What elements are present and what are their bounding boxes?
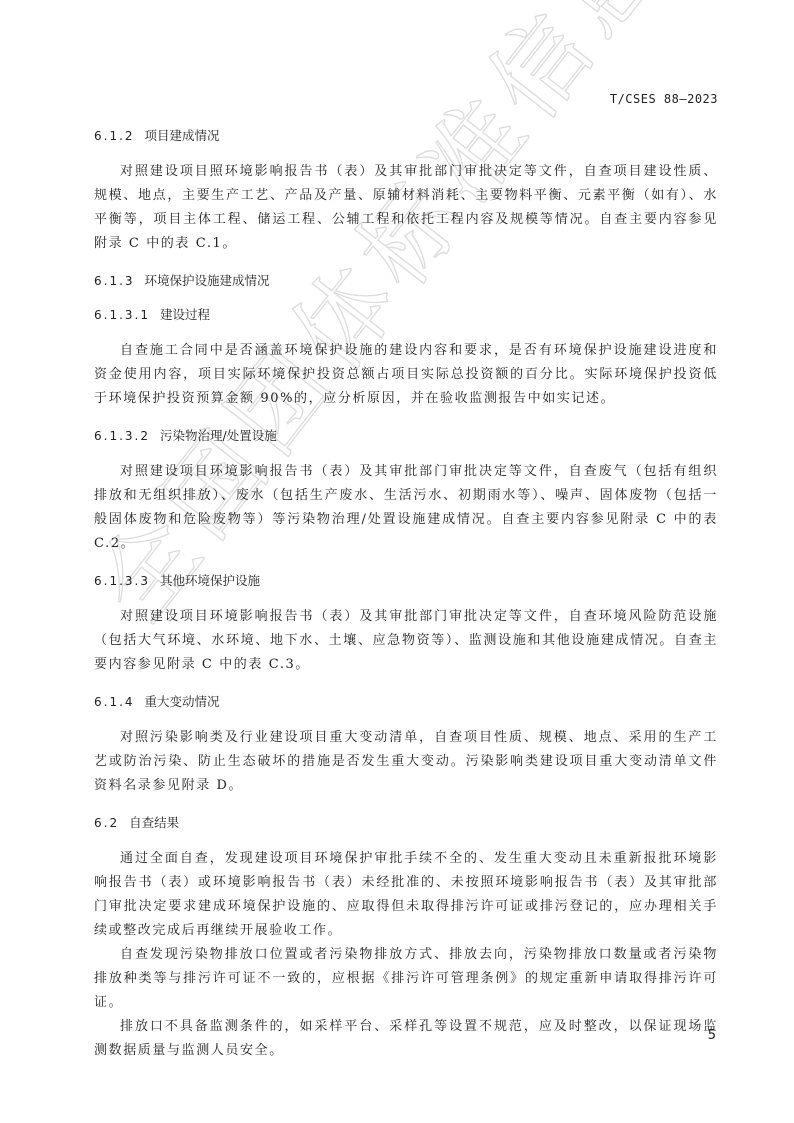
paragraph: 对照建设项目照环境影响报告书（表）及其审批部门审批决定等文件，自查项目建设性质、…	[94, 160, 718, 256]
section-heading: 6.2自查结果	[94, 813, 718, 833]
section-number: 6.1.3	[94, 271, 135, 291]
paragraph: 对照建设项目环境影响报告书（表）及其审批部门审批决定等文件，自查废气（包括有组织…	[94, 460, 718, 556]
section-heading: 6.1.3环境保护设施建成情况	[94, 271, 718, 291]
section-title: 污染物治理/处置设施	[160, 428, 277, 443]
section-title: 重大变动情况	[145, 694, 220, 709]
paragraph: 通过全面自查，发现建设项目环境保护审批手续不全的、发生重大变动且未重新报批环境影…	[94, 847, 718, 943]
paragraph: 自查施工合同中是否涵盖环境保护设施的建设内容和要求，是否有环境保护设施建设进度和…	[94, 339, 718, 411]
section-title: 其他环境保护设施	[160, 573, 260, 588]
section-number: 6.2	[94, 813, 119, 833]
paragraph: 对照建设项目环境影响报告书（表）及其审批部门审批决定等文件，自查环境风险防范设施…	[94, 605, 718, 677]
standard-code: T/CSES 88—2023	[610, 92, 718, 106]
document-page: 全国团体标准信息平台 T/CSES 88—2023 6.1.2项目建成情况 对照…	[0, 0, 794, 1123]
section-title: 建设过程	[160, 307, 210, 322]
paragraph: 自查发现污染物排放口位置或者污染物排放方式、排放去向，污染物排放口数量或者污染物…	[94, 943, 718, 1015]
section-number: 6.1.2	[94, 126, 135, 146]
section-number: 6.1.4	[94, 692, 135, 712]
section-number: 6.1.3.1	[94, 305, 150, 325]
page-content: 6.1.2项目建成情况 对照建设项目照环境影响报告书（表）及其审批部门审批决定等…	[94, 126, 718, 1063]
section-number: 6.1.3.3	[94, 571, 150, 591]
page-number: 5	[708, 1028, 716, 1043]
section-title: 环境保护设施建成情况	[145, 273, 270, 288]
section-heading: 6.1.2项目建成情况	[94, 126, 718, 146]
paragraph: 排放口不具备监测条件的，如采样平台、采样孔等设置不规范，应及时整改，以保证现场监…	[94, 1015, 718, 1063]
section-heading: 6.1.3.3其他环境保护设施	[94, 571, 718, 591]
section-title: 项目建成情况	[145, 128, 220, 143]
section-heading: 6.1.3.2污染物治理/处置设施	[94, 426, 718, 446]
section-heading: 6.1.3.1建设过程	[94, 305, 718, 325]
paragraph: 对照污染影响类及行业建设项目重大变动清单，自查项目性质、规模、地点、采用的生产工…	[94, 726, 718, 798]
section-title: 自查结果	[129, 815, 179, 830]
section-number: 6.1.3.2	[94, 426, 150, 446]
section-heading: 6.1.4重大变动情况	[94, 692, 718, 712]
